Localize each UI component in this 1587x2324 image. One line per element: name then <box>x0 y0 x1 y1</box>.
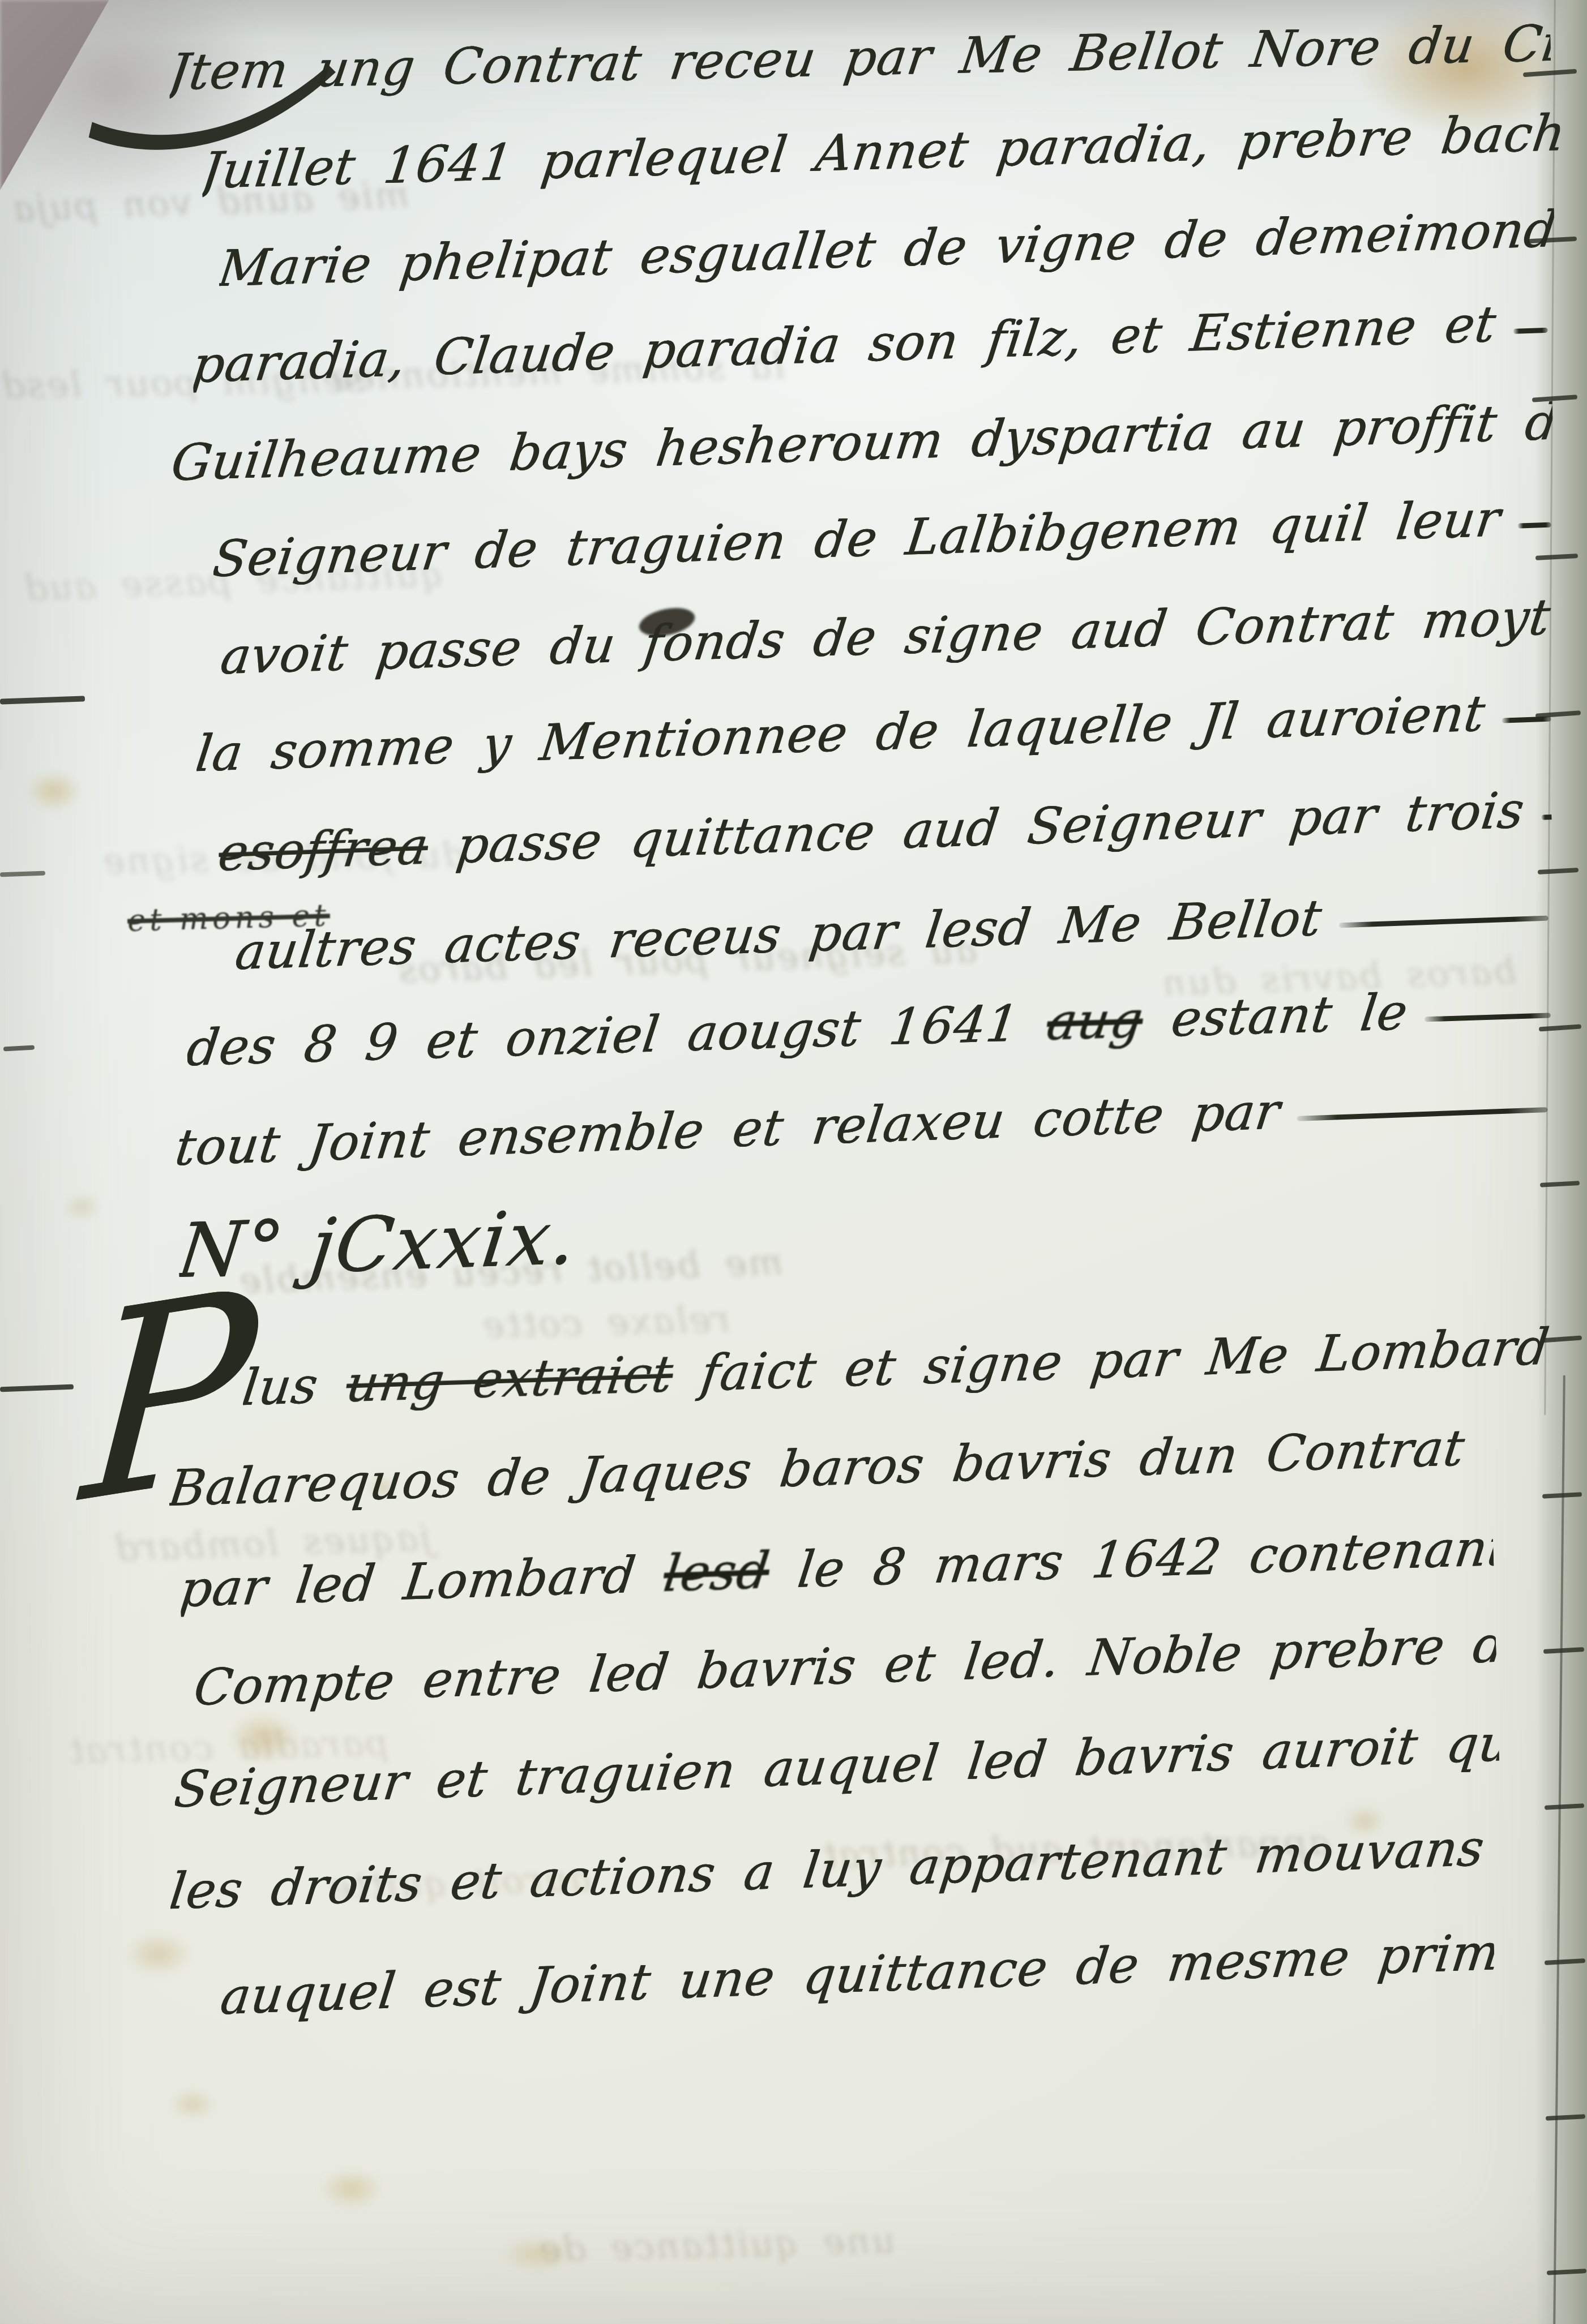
stain <box>113 1924 204 1984</box>
struck-text: lesd <box>661 1541 773 1603</box>
line-end-flourish <box>1425 1013 1551 1022</box>
struck-text: ung extraict <box>343 1345 677 1414</box>
stain <box>17 764 91 818</box>
stain <box>309 2162 393 2216</box>
entry-number-value: jCxxix. <box>305 1194 582 1292</box>
line-text: lus <box>241 1355 350 1417</box>
line-end-flourish <box>1297 1107 1548 1121</box>
line-end-flourish <box>1541 814 1552 820</box>
struck-text: aug <box>1043 991 1147 1052</box>
stain <box>161 2083 224 2125</box>
manuscript-photo: mie aund von puja sehgim pour lesd quitt… <box>0 0 1587 2324</box>
stain <box>57 1189 108 1225</box>
struck-text: esoffrea <box>217 817 432 883</box>
line-end-flourish <box>1513 328 1548 334</box>
line-text: estant le <box>1139 983 1411 1049</box>
line-end-flourish <box>1502 717 1551 723</box>
entry-number: N° jCxxix. <box>176 1167 802 1296</box>
stain <box>487 2230 589 2278</box>
line-end-flourish <box>1517 522 1551 529</box>
line-end-flourish <box>1338 916 1548 928</box>
